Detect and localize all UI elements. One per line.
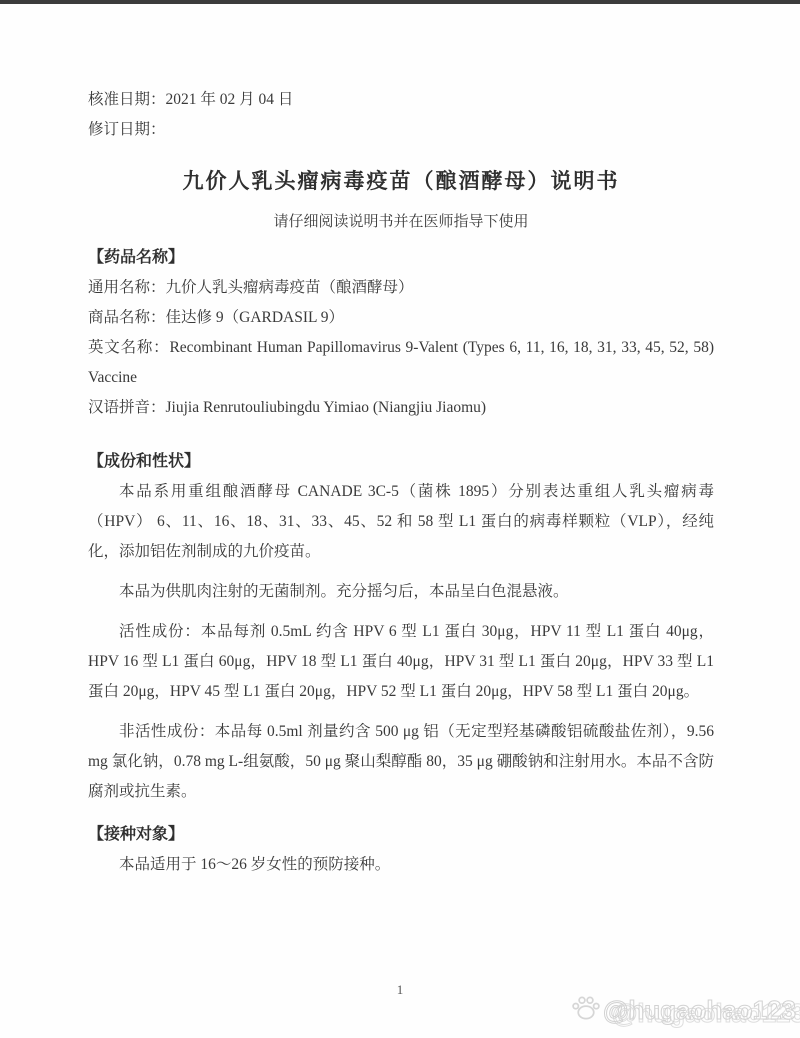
target-population-paragraph: 本品适用于 16～26 岁女性的预防接种。 xyxy=(88,850,714,880)
document-content: 核准日期：2021 年 02 月 04 日 修订日期： 九价人乳头瘤病毒疫苗（酿… xyxy=(0,0,800,880)
revision-date-line: 修订日期： xyxy=(88,115,714,145)
baidu-paw-icon xyxy=(571,993,601,1028)
document-title: 九价人乳头瘤病毒疫苗（酿酒酵母）说明书 xyxy=(88,165,714,197)
approval-date-line: 核准日期：2021 年 02 月 04 日 xyxy=(88,85,714,115)
watermark-text: @hugaohao123 xyxy=(603,995,796,1025)
document-subtitle: 请仔细阅读说明书并在医师指导下使用 xyxy=(88,209,714,235)
composition-paragraph-2: 本品为供肌肉注射的无菌制剂。充分摇匀后，本品呈白色混悬液。 xyxy=(88,577,714,607)
watermark-text-stack: @hugaohao123 @hugaohao123 xyxy=(603,995,796,1026)
watermark: @hugaohao123 @hugaohao123 xyxy=(571,988,796,1032)
composition-paragraph-4: 非活性成份：本品每 0.5ml 剂量约含 500 μg 铝（无定型羟基磷酸铝硫酸… xyxy=(88,717,714,807)
english-name-line: 英文名称：Recombinant Human Papillomavirus 9-… xyxy=(88,333,714,393)
section-heading-drug-name: 【药品名称】 xyxy=(88,243,714,273)
composition-paragraph-3: 活性成份：本品每剂 0.5mL 约含 HPV 6 型 L1 蛋白 30μg，HP… xyxy=(88,617,714,707)
section-heading-composition: 【成份和性状】 xyxy=(88,447,714,477)
trade-name-line: 商品名称：佳达修 9（GARDASIL 9） xyxy=(88,303,714,333)
section-heading-target-population: 【接种对象】 xyxy=(88,820,714,850)
composition-paragraph-1: 本品系用重组酿酒酵母 CANADE 3C-5（菌株 1895）分别表达重组人乳头… xyxy=(88,477,714,567)
package-insert-page: 核准日期：2021 年 02 月 04 日 修订日期： 九价人乳头瘤病毒疫苗（酿… xyxy=(0,0,800,1038)
generic-name-line: 通用名称：九价人乳头瘤病毒疫苗（酿酒酵母） xyxy=(88,273,714,303)
pinyin-name-line: 汉语拼音：Jiujia Renrutouliubingdu Yimiao (Ni… xyxy=(88,393,714,423)
